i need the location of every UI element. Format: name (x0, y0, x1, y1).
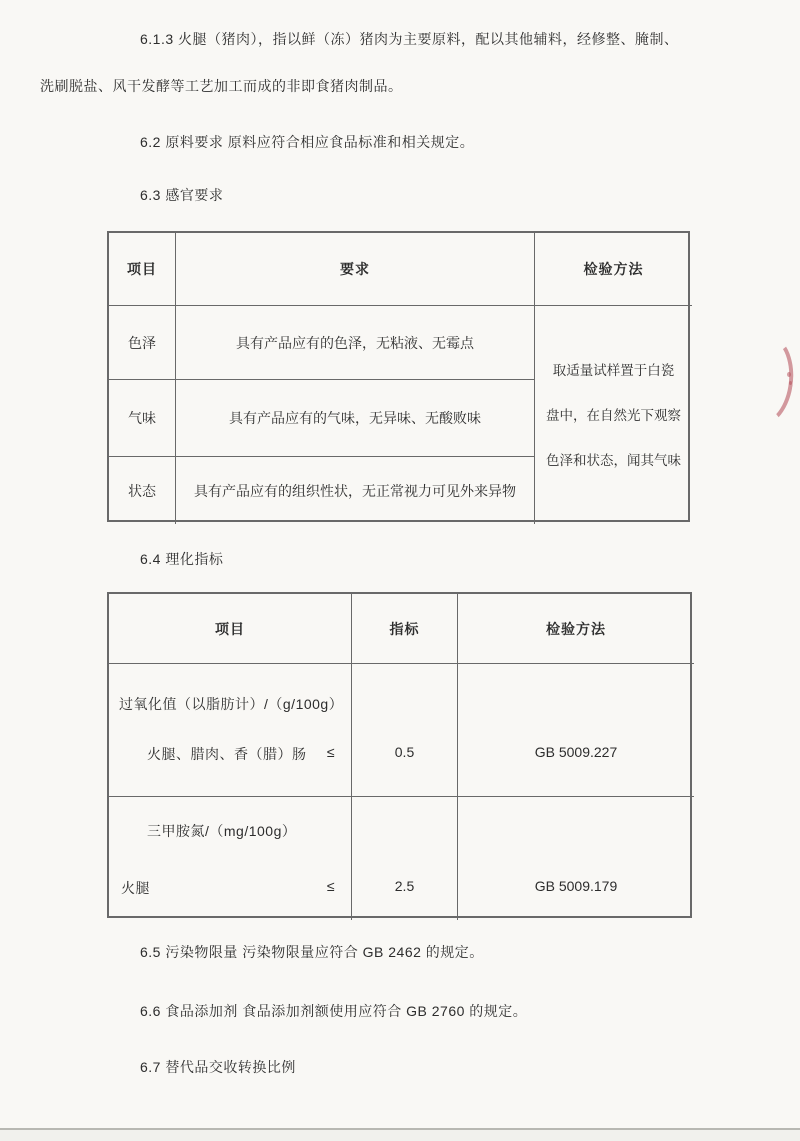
clause-6-3: 6.3 感官要求 (140, 185, 223, 205)
physchem-row-item-cell: 三甲胺氮/（mg/100g） 火腿 ≤ (109, 797, 352, 920)
sensory-row-item: 色泽 (109, 306, 176, 380)
sensory-requirements-table: 项目 要求 检验方法 色泽 具有产品应有的色泽，无粘液、无霉点 气味 具有产品应… (107, 231, 690, 522)
physchem-item-subline: 火腿、腊肉、香（腊）肠 ≤ (109, 744, 351, 764)
red-seal-speck (789, 381, 792, 385)
clause-6-2: 6.2 原料要求 原料应符合相应食品标准和相关规定。 (140, 132, 474, 152)
clause-6-6: 6.6 食品添加剂 食品添加剂额使用应符合 GB 2760 的规定。 (140, 1001, 527, 1021)
sensory-row-requirement: 具有产品应有的色泽，无粘液、无霉点 (176, 306, 535, 380)
physchem-row-item-cell: 过氧化值（以脂肪计）/（g/100g） 火腿、腊肉、香（腊）肠 ≤ (109, 664, 352, 797)
physchem-header-method: 检验方法 (458, 594, 694, 664)
physchem-value: 0.5 (352, 744, 457, 760)
physchem-value-cell: 0.5 (352, 664, 458, 797)
physchem-item-name: 三甲胺氮/（mg/100g） (147, 821, 296, 841)
physchem-value: 2.5 (352, 878, 457, 894)
physchem-method: GB 5009.227 (458, 744, 694, 760)
sensory-method-line: 取适量试样置于白瓷 (540, 348, 687, 393)
clause-6-4: 6.4 理化指标 (140, 549, 223, 569)
sensory-row-requirement: 具有产品应有的组织性状，无正常视力可见外来异物 (176, 457, 535, 524)
physchem-item-products: 火腿、腊肉、香（腊）肠 (147, 744, 307, 764)
sensory-method-merged-cell: 取适量试样置于白瓷 盘中，在自然光下观察 色泽和状态，闻其气味 (535, 306, 692, 524)
sensory-header-method: 检验方法 (535, 233, 692, 306)
physchem-method: GB 5009.179 (458, 878, 694, 894)
physchem-header-item: 项目 (109, 594, 352, 664)
physchem-item-subline: 火腿 ≤ (109, 878, 351, 898)
physchem-item-name: 过氧化值（以脂肪计）/（g/100g） (119, 694, 343, 714)
less-equal-symbol: ≤ (327, 744, 335, 764)
physchem-method-cell: GB 5009.179 (458, 797, 694, 920)
scanner-background-strip (0, 1130, 800, 1141)
sensory-method-line: 盘中，在自然光下观察 (540, 393, 687, 438)
sensory-method-line: 色泽和状态，闻其气味 (540, 438, 687, 483)
sensory-row-item: 气味 (109, 380, 176, 457)
physicochemical-indicators-table: 项目 指标 检验方法 过氧化值（以脂肪计）/（g/100g） 火腿、腊肉、香（腊… (107, 592, 692, 918)
sensory-header-requirement: 要求 (176, 233, 535, 306)
scanned-document-page: 6.1.3 火腿（猪肉），指以鲜（冻）猪肉为主要原料，配以其他辅料，经修整、腌制… (0, 0, 800, 1141)
sensory-header-item: 项目 (109, 233, 176, 306)
clause-6-1-3-line2: 洗刷脱盐、风干发酵等工艺加工而成的非即食猪肉制品。 (40, 76, 403, 96)
clause-6-5: 6.5 污染物限量 污染物限量应符合 GB 2462 的规定。 (140, 942, 484, 962)
sensory-row-requirement: 具有产品应有的气味，无异味、无酸败味 (176, 380, 535, 457)
physchem-value-cell: 2.5 (352, 797, 458, 920)
physchem-item-products: 火腿 (121, 878, 150, 898)
physchem-header-indicator: 指标 (352, 594, 458, 664)
less-equal-symbol: ≤ (327, 878, 335, 898)
physchem-method-cell: GB 5009.227 (458, 664, 694, 797)
clause-6-1-3-line1: 6.1.3 火腿（猪肉），指以鲜（冻）猪肉为主要原料，配以其他辅料，经修整、腌制… (140, 29, 679, 49)
clause-6-7: 6.7 替代品交收转换比例 (140, 1057, 296, 1077)
red-seal-partial-arc (730, 331, 797, 429)
red-seal-speck (787, 372, 791, 377)
sensory-row-item: 状态 (109, 457, 176, 524)
